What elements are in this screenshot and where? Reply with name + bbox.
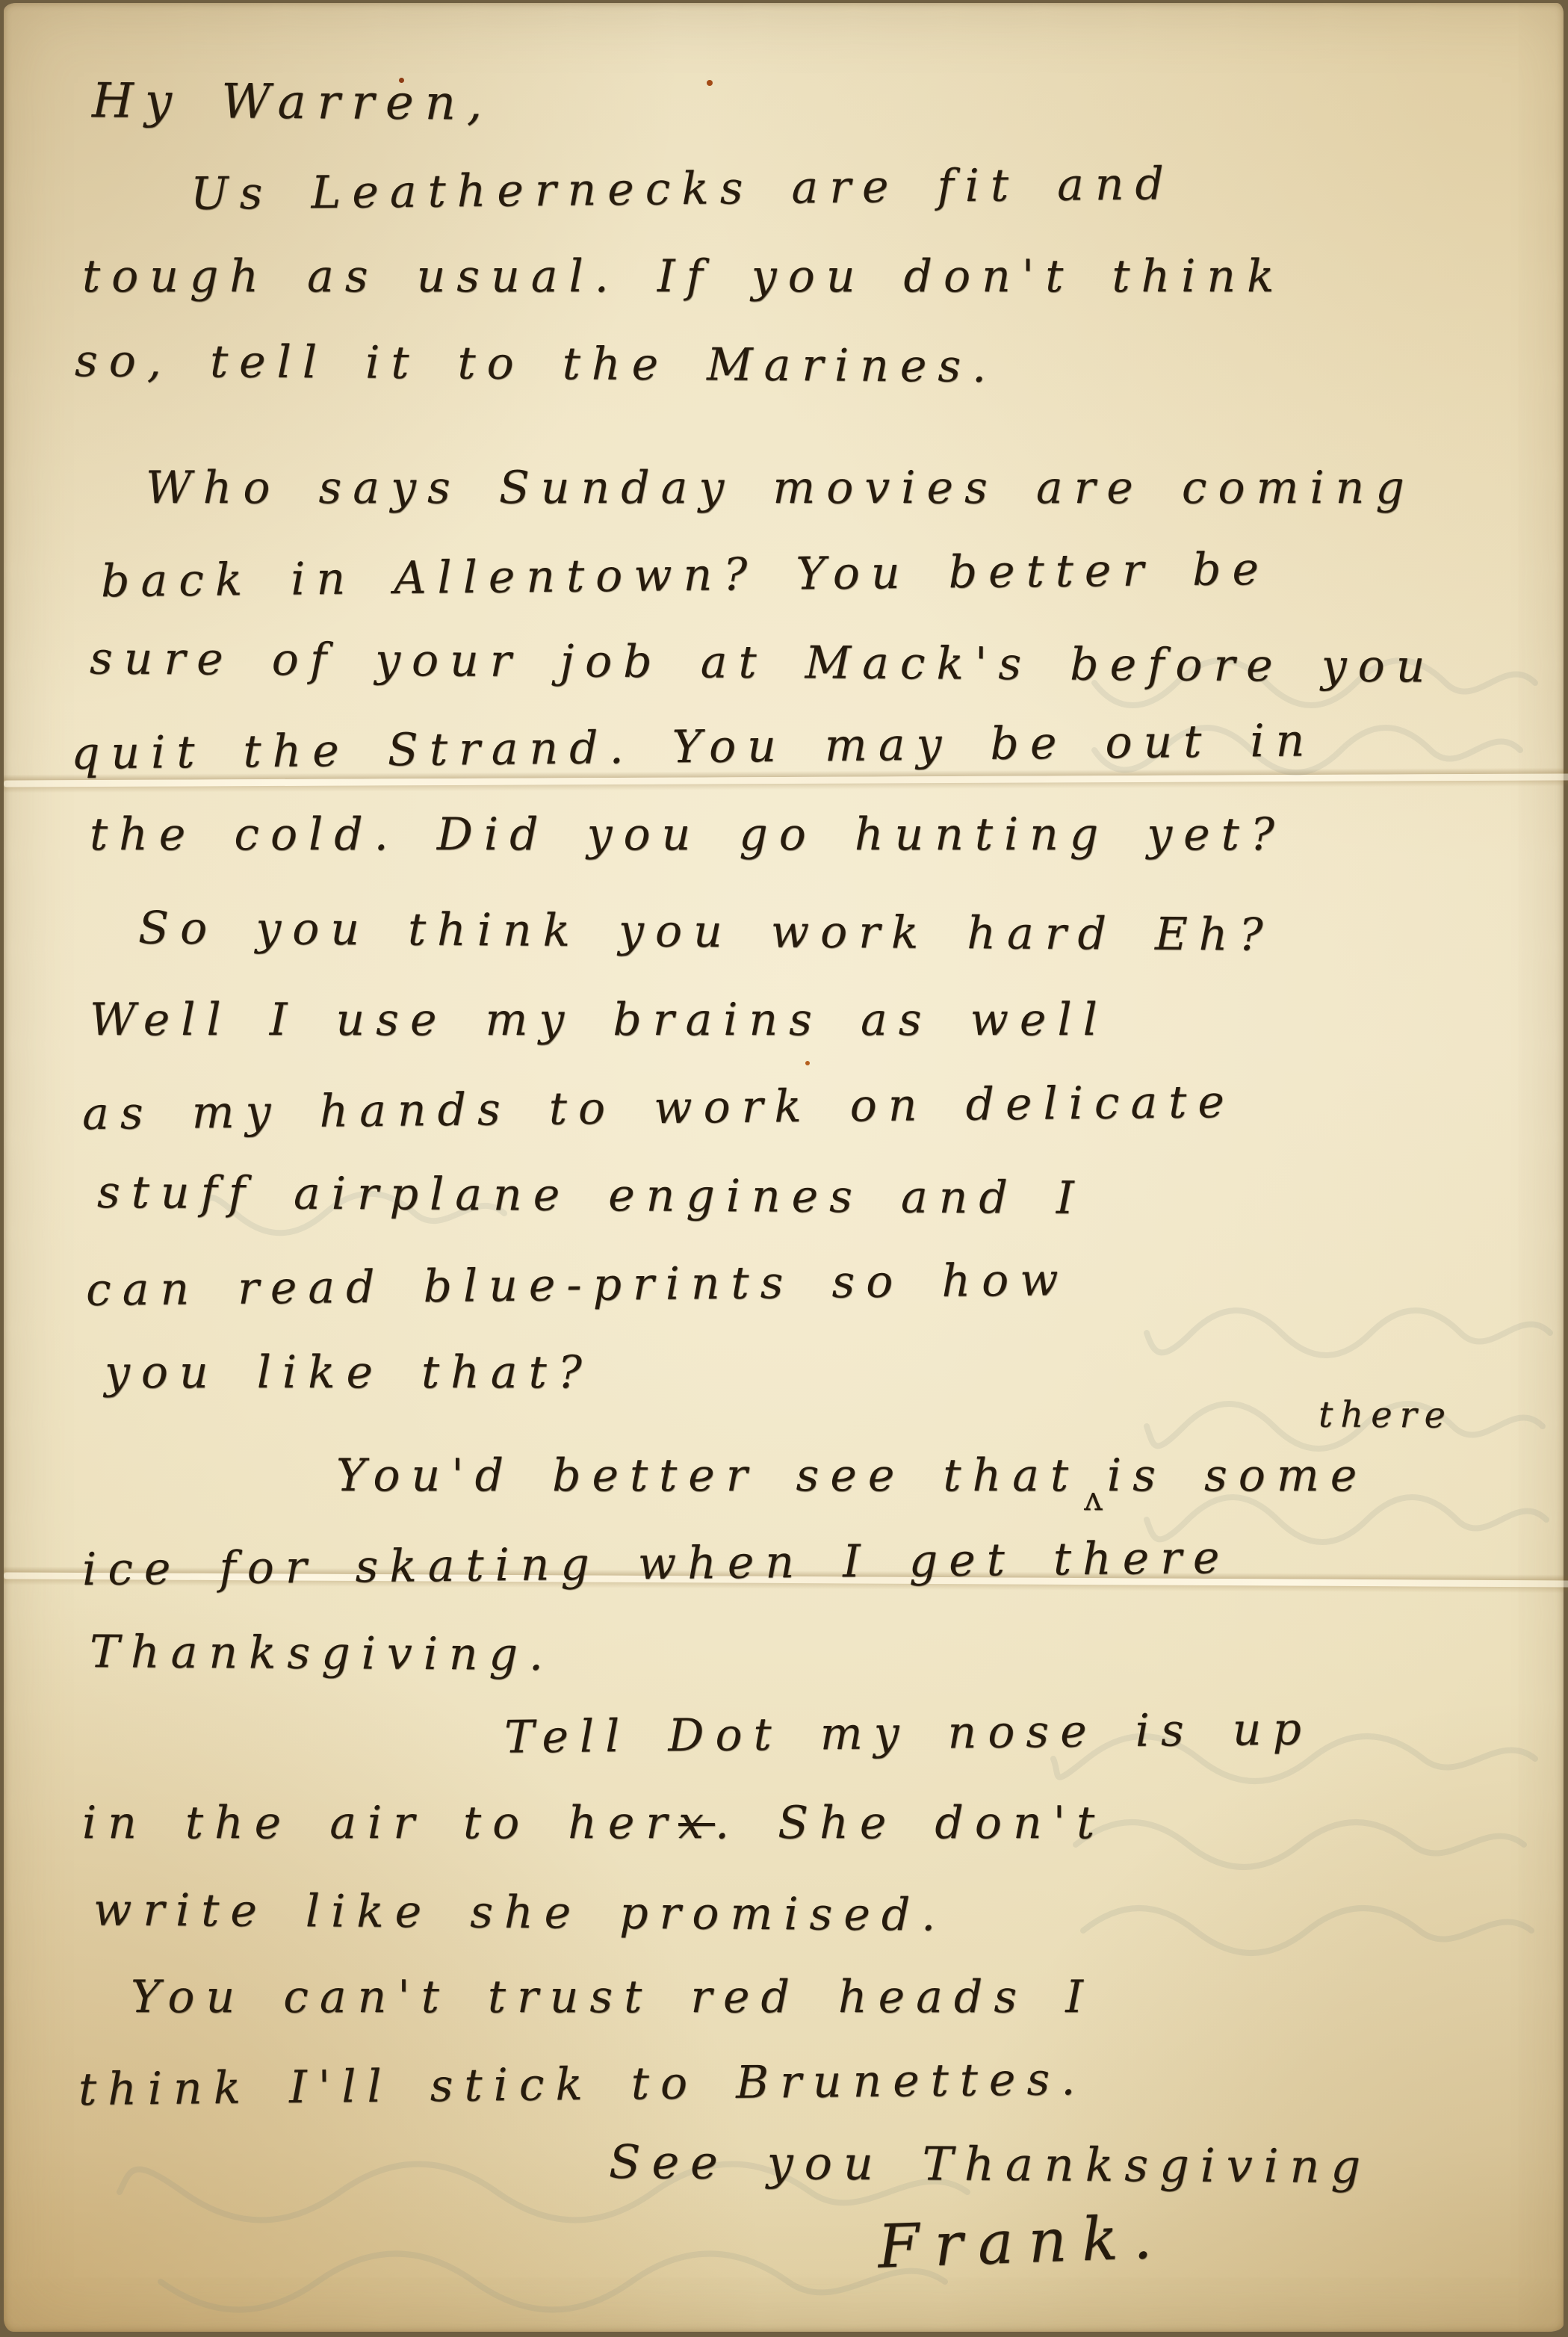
letter-line: the cold. Did you go hunting yet? — [90, 808, 1286, 861]
letter-line: ice for skating when I get there — [82, 1532, 1231, 1596]
letter-line: so, tell it to the Marines. — [75, 335, 998, 393]
letter-line-with-strikeout: in the air to herx. She don't — [82, 1797, 1106, 1849]
signoff-line: See you Thanksgiving — [609, 2135, 1372, 2194]
letter-line: write like she promised. — [93, 1884, 947, 1942]
inserted-word: there — [1318, 1393, 1453, 1436]
letter-line: Who says Sunday movies are coming — [146, 462, 1416, 514]
letter-line: Well I use my brains as well — [90, 994, 1109, 1046]
letter-line: Thanksgiving. — [90, 1626, 554, 1681]
letter-line: Tell Dot my nose is up — [504, 1703, 1313, 1763]
letter-page: Hy Warren, Us Leathernecks are fit and t… — [4, 3, 1564, 2332]
line-segment: You'd better see that — [336, 1449, 1079, 1502]
letter-line-with-insertion: You'd better see thatʌis some — [336, 1449, 1368, 1502]
letter-line: as my hands to work on delicate — [82, 1076, 1236, 1140]
letter-line: sure of your job at Mack's before you — [90, 632, 1437, 693]
letter-line: you like that? — [105, 1346, 593, 1399]
line-segment: in the air to her — [82, 1797, 678, 1849]
caret-mark: ʌ — [1084, 1480, 1103, 1518]
letter-line: stuff airplane engines and I — [97, 1166, 1085, 1225]
letter-line: think I'll stick to Brunettes. — [78, 2053, 1087, 2116]
paper-speck — [805, 1061, 810, 1065]
letter-line: You can't trust red heads I — [131, 1971, 1094, 2023]
line-segment: is some — [1107, 1449, 1368, 1502]
struck-letter: x — [678, 1797, 715, 1849]
signature-line: Frank. — [876, 2202, 1168, 2281]
letter-line: back in Allentown? You better be — [101, 543, 1271, 607]
salutation-line: Hy Warren, — [92, 73, 494, 131]
letter-line: can read blue-prints so how — [86, 1254, 1070, 1316]
letter-line: tough as usual. If you don't think — [82, 250, 1285, 303]
letter-line: So you think you work hard Eh? — [138, 902, 1274, 961]
bleed-through-ghost — [1050, 1721, 1543, 1968]
line-segment: . She don't — [715, 1797, 1106, 1849]
paper-speck — [707, 80, 713, 86]
letter-line: Us Leathernecks are fit and — [190, 158, 1176, 220]
